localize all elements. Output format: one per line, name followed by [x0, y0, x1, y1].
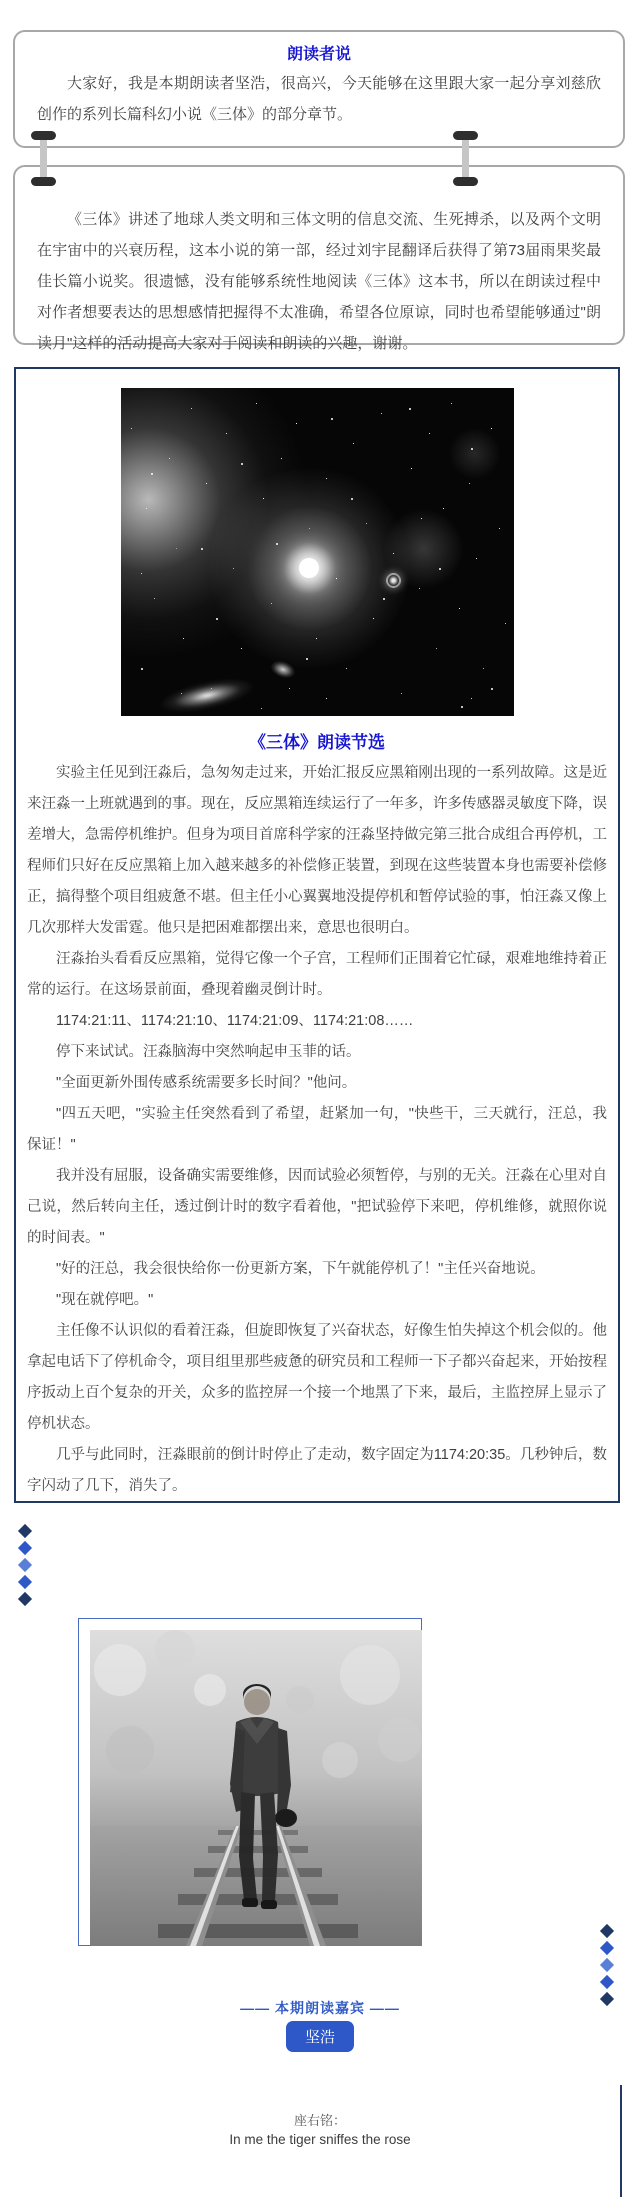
pin-cap-icon — [31, 131, 56, 140]
excerpt-paragraph: "现在就停吧。" — [27, 1285, 607, 1316]
diamond-decoration-column — [602, 1926, 612, 2004]
book-intro-body: 《三体》讲述了地球人类文明和三体文明的信息交流、生死搏杀，以及两个文明在宇宙中的… — [15, 204, 623, 359]
diamond-icon — [18, 1575, 32, 1589]
diamond-icon — [600, 1924, 614, 1938]
diamond-decoration-column — [20, 1526, 30, 1604]
pin-cap-icon — [31, 177, 56, 186]
diamond-icon — [18, 1541, 32, 1555]
ring-galaxy-decoration — [386, 573, 401, 588]
railway-photo-illustration — [90, 1630, 422, 1946]
excerpt-paragraph: "全面更新外围传感系统需要多长时间？"他问。 — [27, 1068, 607, 1099]
pin-cap-icon — [453, 177, 478, 186]
motto-text: In me the tiger sniffes the rose — [0, 2132, 640, 2147]
reader-note-body: 大家好，我是本期朗读者坚浩，很高兴，今天能够在这里跟大家一起分享刘慈欣创作的系列… — [15, 68, 623, 130]
excerpt-paragraph: "好的汪总，我会很快给你一份更新方案，下午就能停机了！"主任兴奋地说。 — [27, 1254, 607, 1285]
diamond-icon — [18, 1524, 32, 1538]
bottom-accent-line — [620, 2085, 622, 2197]
excerpt-paragraph: "四五天吧，"实验主任突然看到了希望，赶紧加一句，"快些干，三天就行，汪总，我保… — [27, 1099, 607, 1161]
excerpt-paragraph: 我并没有屈服，设备确实需要维修，因而试验必须暂停，与别的无关。汪淼在心里对自己说… — [27, 1161, 607, 1254]
excerpt-paragraph: 1174:21:11、1174:21:10、1174:21:09、1174:21… — [27, 1006, 607, 1037]
guest-name-badge: 坚浩 — [286, 2021, 354, 2052]
excerpt-paragraph: 汪淼抬头看看反应黑箱，觉得它像一个子宫，工程师们正围着它忙碌，艰难地维持着正常的… — [27, 944, 607, 1006]
pin-cap-icon — [453, 131, 478, 140]
excerpt-text: 实验主任见到汪淼后，急匆匆走过来，开始汇报反应黑箱刚出现的一系列故障。这是近来汪… — [16, 758, 618, 1502]
guest-photo — [90, 1630, 422, 1946]
excerpt-heading: 《三体》朗读节选 — [16, 728, 618, 753]
galaxy-core-decoration — [299, 558, 319, 578]
motto-label: 座右铭： — [0, 2110, 640, 2129]
diamond-icon — [600, 1941, 614, 1955]
pin-connector — [40, 135, 47, 183]
diamond-icon — [18, 1558, 32, 1572]
pin-connector — [462, 135, 469, 183]
reader-note-card: 朗读者说 大家好，我是本期朗读者坚浩，很高兴，今天能够在这里跟大家一起分享刘慈欣… — [13, 30, 625, 148]
galaxy-photo — [121, 388, 514, 716]
article-page: 朗读者说 大家好，我是本期朗读者坚浩，很高兴，今天能够在这里跟大家一起分享刘慈欣… — [0, 0, 640, 2202]
excerpt-paragraph: 停下来试试。汪淼脑海中突然响起申玉菲的话。 — [27, 1037, 607, 1068]
excerpt-paragraph: 几乎与此同时，汪淼眼前的倒计时停止了走动，数字固定为1174:20:35。几秒钟… — [27, 1440, 607, 1502]
excerpt-card: 《三体》朗读节选 实验主任见到汪淼后，急匆匆走过来，开始汇报反应黑箱刚出现的一系… — [14, 367, 620, 1503]
excerpt-paragraph: 主任像不认识似的看着汪淼，但旋即恢复了兴奋状态，好像生怕失掉这个机会似的。他拿起… — [27, 1316, 607, 1440]
excerpt-paragraph: 实验主任见到汪淼后，急匆匆走过来，开始汇报反应黑箱刚出现的一系列故障。这是近来汪… — [27, 758, 607, 944]
guest-section-label: —— 本期朗读嘉宾 —— — [0, 1998, 640, 2018]
diamond-icon — [600, 1958, 614, 1972]
faint-galaxy-decoration — [269, 658, 297, 680]
reader-note-title: 朗读者说 — [15, 41, 623, 64]
spiral-galaxy-decoration — [157, 672, 257, 716]
diamond-icon — [600, 1975, 614, 1989]
diamond-icon — [18, 1592, 32, 1606]
book-intro-card: 《三体》讲述了地球人类文明和三体文明的信息交流、生死搏杀，以及两个文明在宇宙中的… — [13, 165, 625, 345]
starfield-decoration — [121, 388, 123, 390]
